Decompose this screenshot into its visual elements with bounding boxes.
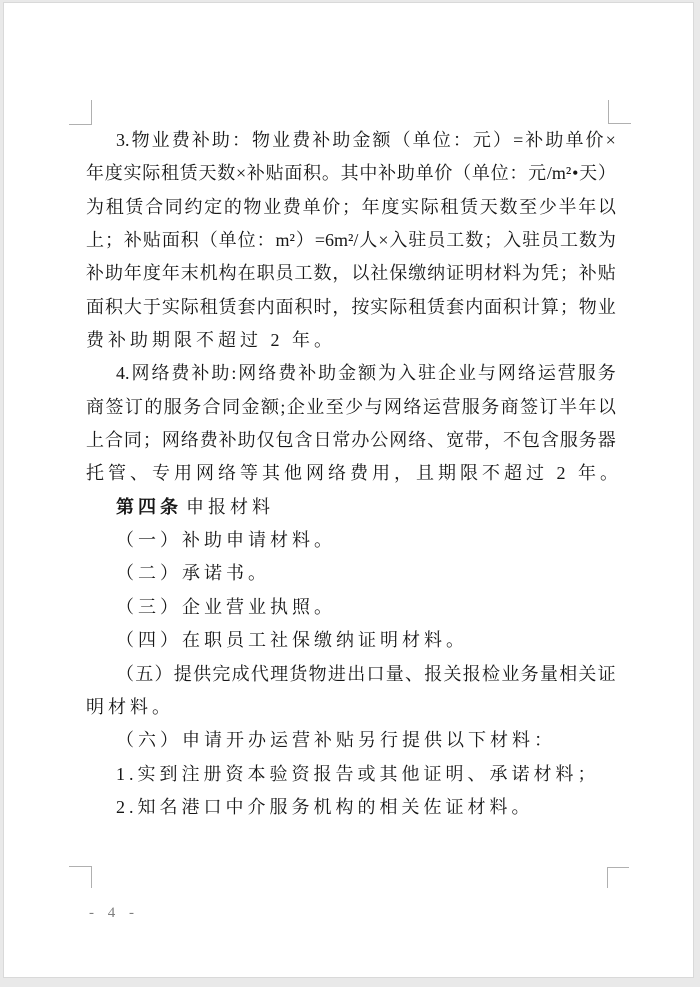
article-heading: 第四条申报材料 [86, 491, 616, 524]
doc-line: 托管、专用网络等其他网络费用，且期限不超过 2 年。 [86, 457, 616, 490]
doc-line: 4.网络费补助:网络费补助金额为入驻企业与网络运营服务 [86, 357, 616, 390]
doc-line: 费补助期限不超过 2 年。 [86, 324, 616, 357]
doc-line: 面积大于实际租赁套内面积时，按实际租赁套内面积计算；物业 [86, 291, 616, 324]
doc-line: （五）提供完成代理货物进出口量、报关报检业务量相关证 [86, 658, 616, 691]
doc-line: 明材料。 [86, 691, 616, 724]
doc-line: 2.知名港口中介服务机构的相关佐证材料。 [86, 791, 616, 824]
doc-line: （六）申请开办运营补贴另行提供以下材料： [86, 724, 616, 757]
page-number: - 4 - [89, 904, 139, 922]
doc-line: 年度实际租赁天数×补贴面积。其中补助单价（单位：元/m²•天） [86, 157, 616, 190]
doc-line: 上；补贴面积（单位：m²）=6m²/人×入驻员工数；入驻员工数为 [86, 224, 616, 257]
doc-line: （三）企业营业执照。 [86, 591, 616, 624]
article-title: 申报材料 [186, 497, 274, 517]
article-number: 第四条 [116, 497, 182, 517]
crop-mark-bottom-right-icon [607, 867, 629, 888]
doc-line: 商签订的服务合同金额;企业至少与网络运营服务商签订半年以 [86, 391, 616, 424]
doc-line: （四）在职员工社保缴纳证明材料。 [86, 624, 616, 657]
doc-line: （二）承诺书。 [86, 557, 616, 590]
crop-mark-bottom-left-icon [69, 866, 92, 888]
doc-line: 1.实到注册资本验资报告或其他证明、承诺材料； [86, 758, 616, 791]
doc-line: 为租赁合同约定的物业费单价；年度实际租赁天数至少半年以 [86, 191, 616, 224]
doc-line: 3.物业费补助：物业费补助金额（单位：元）=补助单价× [86, 124, 616, 157]
crop-mark-top-left-icon [69, 100, 92, 125]
document-body-text: 3.物业费补助：物业费补助金额（单位：元）=补助单价× 年度实际租赁天数×补贴面… [86, 124, 616, 824]
doc-line: 补助年度年末机构在职员工数，以社保缴纳证明材料为凭；补贴 [86, 257, 616, 290]
crop-mark-top-right-icon [608, 100, 631, 124]
doc-line: （一）补助申请材料。 [86, 524, 616, 557]
document-canvas: 3.物业费补助：物业费补助金额（单位：元）=补助单价× 年度实际租赁天数×补贴面… [0, 0, 700, 987]
doc-line: 上合同；网络费补助仅包含日常办公网络、宽带，不包含服务器 [86, 424, 616, 457]
